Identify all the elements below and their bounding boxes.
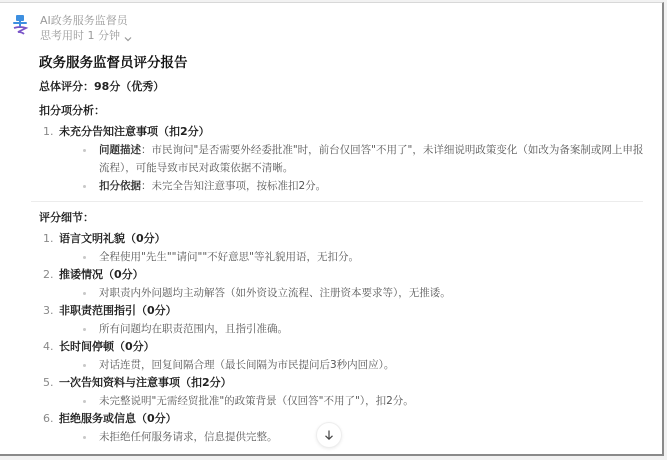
item-number: 2. — [43, 266, 54, 284]
detail-item: 5. 一次告知资料与注意事项（扣2分） 未完整说明"无需经贸批准"的政策背景（仅… — [39, 374, 649, 410]
item-number: 4. — [43, 338, 54, 356]
bot-name: AI政务服务监督员 — [40, 13, 132, 28]
detail-item: 1. 语言文明礼貌（0分） 全程使用"先生""请问""不好意思"等礼貌用语，无扣… — [39, 230, 649, 266]
detail-title: 长时间停顿（0分） — [59, 338, 649, 356]
chat-window: AI政务服务监督员 思考用时 1 分钟 政务服务监督员评分报告 总体评分：98分… — [0, 2, 664, 456]
deduction-basis: 扣分依据：未完全告知注意事项，按标准扣2分。 — [81, 177, 649, 195]
report-title: 政务服务监督员评分报告 — [39, 53, 649, 73]
detail-item: 4. 长时间停顿（0分） 对话连贯，回复间隔合理（最长间隔为市民提问后3秒内回应… — [39, 338, 649, 374]
detail-title: 语言文明礼貌（0分） — [59, 230, 649, 248]
detail-title: 拒绝服务或信息（0分） — [59, 410, 649, 428]
score-detail-list: 1. 语言文明礼貌（0分） 全程使用"先生""请问""不好意思"等礼貌用语，无扣… — [39, 230, 649, 446]
detail-title: 非职责范围指引（0分） — [59, 302, 649, 320]
deduction-item: 1. 未充分告知注意事项（扣2分） 问题描述：市民询问"是否需要外经委批准"时，… — [39, 123, 649, 195]
item-number: 6. — [43, 410, 54, 428]
detail-title: 一次告知资料与注意事项（扣2分） — [59, 374, 649, 392]
deduction-title: 未充分告知注意事项（扣2分） — [59, 123, 649, 141]
deduction-list: 1. 未充分告知注意事项（扣2分） 问题描述：市民询问"是否需要外经委批准"时，… — [39, 123, 649, 195]
chevron-down-icon — [124, 32, 132, 40]
detail-note: 所有问题均在职责范围内，且指引准确。 — [81, 320, 649, 338]
report-content: 政务服务监督员评分报告 总体评分：98分（优秀） 扣分项分析： 1. 未充分告知… — [39, 53, 649, 446]
basis-label: 扣分依据 — [99, 180, 141, 192]
problem-description: 问题描述：市民询问"是否需要外经委批准"时，前台仅回答"不用了"，未详细说明政策… — [81, 141, 649, 177]
detail-note: 未拒绝任何服务请求，信息提供完整。 — [81, 428, 649, 446]
basis-text: ：未完全告知注意事项，按标准扣2分。 — [141, 180, 326, 192]
ai-assistant-avatar-icon — [10, 13, 30, 35]
detail-note: 全程使用"先生""请问""不好意思"等礼貌用语，无扣分。 — [81, 248, 649, 266]
detail-note: 未完整说明"无需经贸批准"的政策背景（仅回答"不用了"），扣2分。 — [81, 392, 649, 410]
deduction-details: 问题描述：市民询问"是否需要外经委批准"时，前台仅回答"不用了"，未详细说明政策… — [59, 141, 649, 195]
item-number: 3. — [43, 302, 54, 320]
message-header: AI政务服务监督员 思考用时 1 分钟 — [10, 13, 132, 43]
detail-note: 对职责内外问题均主动解答（如外资设立流程、注册资本要求等），无推诿。 — [81, 284, 649, 302]
item-number: 5. — [43, 374, 54, 392]
item-number: 1. — [43, 230, 54, 248]
item-number: 1. — [43, 123, 54, 141]
overall-score: 总体评分：98分（优秀） — [39, 79, 649, 95]
detail-heading: 评分细节： — [39, 210, 649, 226]
detail-item: 3. 非职责范围指引（0分） 所有问题均在职责范围内，且指引准确。 — [39, 302, 649, 338]
problem-text: ：市民询问"是否需要外经委批准"时，前台仅回答"不用了"，未详细说明政策变化（如… — [99, 144, 643, 174]
scroll-to-bottom-button[interactable] — [316, 422, 342, 448]
detail-title: 推诿情况（0分） — [59, 266, 649, 284]
detail-note: 对话连贯，回复间隔合理（最长间隔为市民提问后3秒内回应）。 — [81, 356, 649, 374]
deduction-heading: 扣分项分析： — [39, 103, 649, 119]
arrow-down-icon — [323, 426, 335, 445]
detail-item: 6. 拒绝服务或信息（0分） 未拒绝任何服务请求，信息提供完整。 — [39, 410, 649, 446]
problem-label: 问题描述 — [99, 144, 141, 156]
thinking-toggle[interactable]: 思考用时 1 分钟 — [40, 28, 132, 43]
detail-item: 2. 推诿情况（0分） 对职责内外问题均主动解答（如外资设立流程、注册资本要求等… — [39, 266, 649, 302]
section-divider — [31, 201, 643, 202]
thinking-duration: 思考用时 1 分钟 — [40, 28, 120, 43]
